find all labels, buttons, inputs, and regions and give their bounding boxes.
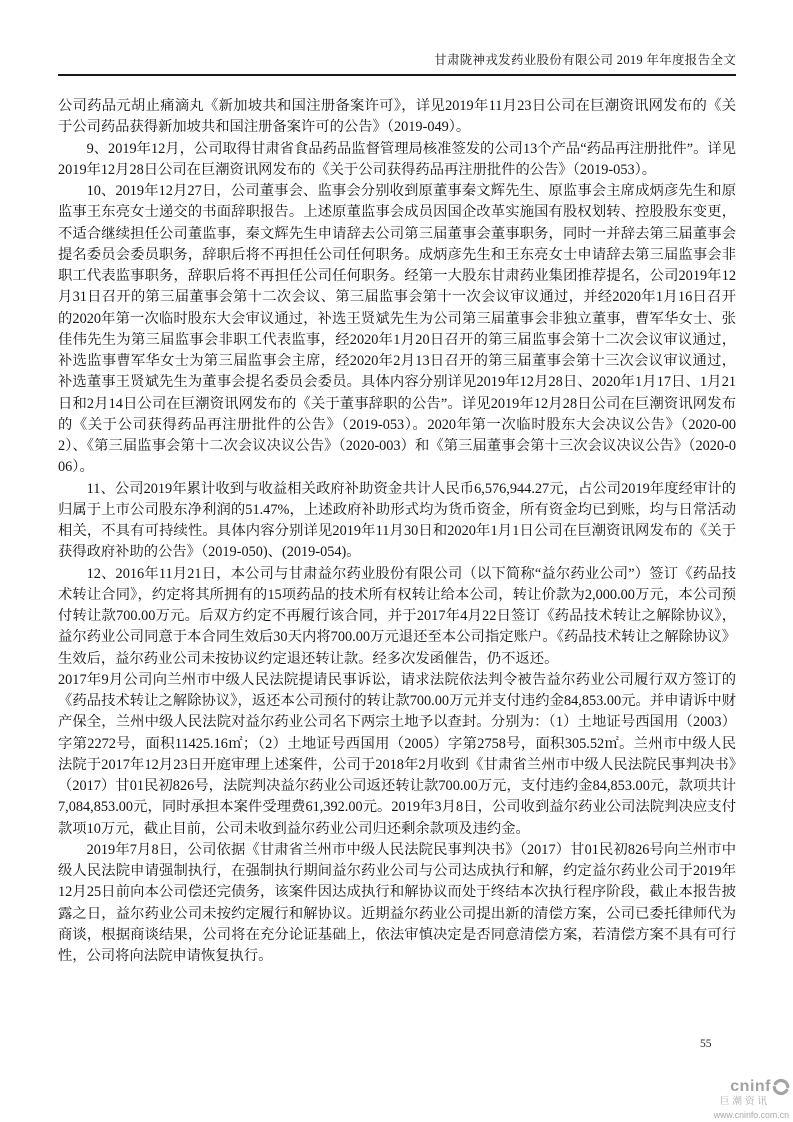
cninfo-logo-row: cninf (694, 1078, 790, 1096)
report-page: 甘肃陇神戎发药业股份有限公司 2019 年年度报告全文 公司药品元胡止痛滴丸《新… (0, 0, 793, 1122)
paragraph-item-11: 11、公司2019年累计收到与收益相关政府补助资金共计人民币6,576,944.… (58, 479, 736, 564)
paragraph-item-10: 10、2019年12月27日，公司董事会、监事会分别收到原董事秦文辉先生、原监事… (58, 181, 736, 479)
document-body: 公司药品元胡止痛滴丸《新加坡共和国注册备案许可》，详见2019年11月23日公司… (58, 96, 736, 967)
page-number: 55 (700, 1038, 712, 1050)
page-header: 甘肃陇神戎发药业股份有限公司 2019 年年度报告全文 (58, 50, 736, 76)
cninfo-url: www.cninfo.com.cn (694, 1111, 790, 1120)
paragraph-enforcement: 2019年7月8日，公司依据《甘肃省兰州市中级人民法院民事判决书》（2017）甘… (58, 840, 736, 968)
paragraph-item-9: 9、2019年12月，公司取得甘肃省食品药品监督管理局核准签发的公司13个产品“… (58, 139, 736, 182)
cninfo-logo: cninf 巨潮资讯 www.cninfo.com.cn (694, 1078, 790, 1119)
paragraph-continuation: 公司药品元胡止痛滴丸《新加坡共和国注册备案许可》，详见2019年11月23日公司… (58, 96, 736, 139)
paragraph-item-12: 12、2016年11月21日，本公司与甘肃益尔药业股份有限公司（以下简称“益尔药… (58, 564, 736, 670)
paragraph-lawsuit: 2017年9月公司向兰州市中级人民法院提请民事诉讼，请求法院依法判令被告益尔药业… (58, 670, 736, 840)
cninfo-wordmark: cninf (730, 1079, 771, 1095)
cninfo-swirl-icon (772, 1078, 790, 1096)
cninfo-chinese-name: 巨潮资讯 (694, 1098, 790, 1108)
report-title: 甘肃陇神戎发药业股份有限公司 2019 年年度报告全文 (434, 53, 736, 67)
